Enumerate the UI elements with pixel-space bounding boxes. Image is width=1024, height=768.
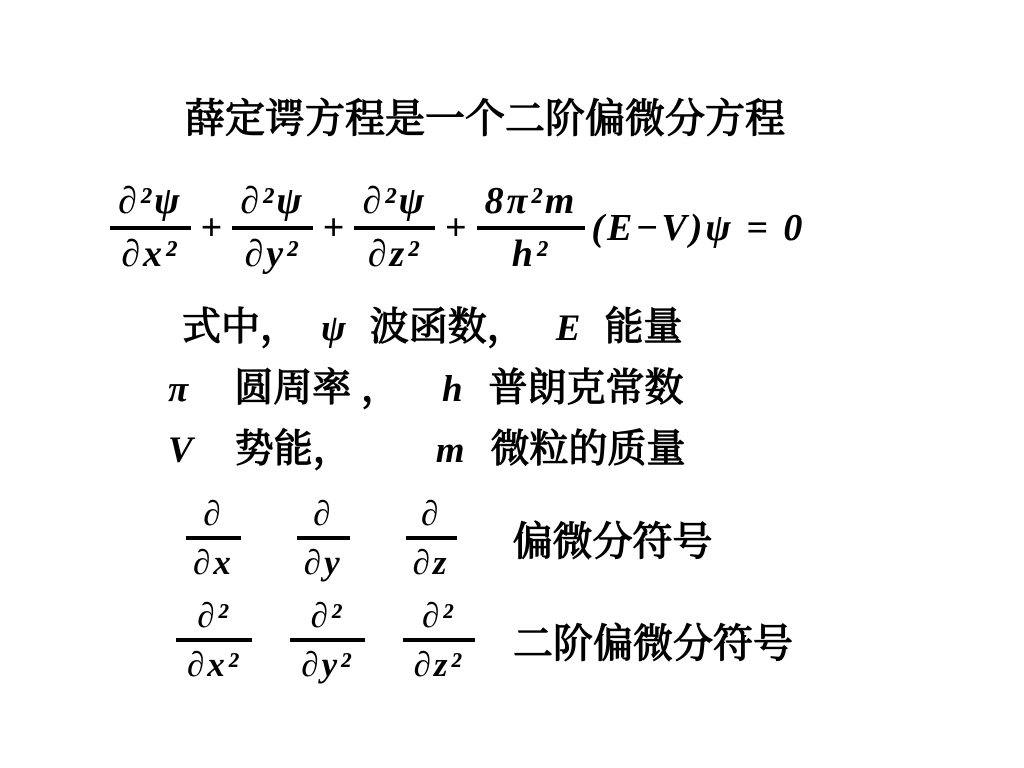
partial-fraction-dy: ∂ ∂y bbox=[297, 494, 350, 582]
eq-fraction-coefficient-denominator: h² bbox=[504, 233, 559, 276]
eq-fraction-z: ∂²ψ ∂z² bbox=[354, 180, 435, 275]
eq-fraction-x-denominator: ∂x² bbox=[113, 233, 187, 276]
eq-fraction-x: ∂²ψ ∂x² bbox=[110, 180, 191, 275]
symbol-h: h bbox=[442, 368, 463, 411]
plus-operator: + bbox=[445, 206, 467, 250]
fraction-bar bbox=[110, 226, 191, 230]
partial-fraction-dz: ∂ ∂z bbox=[406, 494, 457, 582]
eq-fraction-z-denominator: ∂z² bbox=[360, 233, 430, 276]
schrodinger-equation: ∂²ψ ∂x² + ∂²ψ ∂y² + ∂²ψ ∂z² + 8π²m h² (E… bbox=[110, 180, 805, 275]
equation-tail: (E−V)ψ = 0 bbox=[591, 206, 805, 250]
symbol-E: E bbox=[556, 307, 581, 350]
definition-line-pi-h: π 圆周率 ， h 普朗克常数 bbox=[168, 357, 686, 418]
symbol-m: m bbox=[436, 429, 465, 472]
fraction-bar bbox=[176, 638, 252, 642]
definition-text: 普朗克常数 bbox=[489, 357, 684, 413]
partial2-fraction-dz2: ∂² ∂z² bbox=[403, 596, 475, 684]
partial2-dy2-numerator: ∂² bbox=[300, 596, 356, 635]
fraction-bar bbox=[477, 226, 586, 230]
definition-text: 能量 bbox=[604, 296, 682, 352]
first-order-partials-row: ∂ ∂x ∂ ∂y ∂ ∂z 偏微分符号 bbox=[186, 494, 713, 582]
definition-text: 圆周率 ， bbox=[234, 357, 400, 413]
plus-operator: + bbox=[323, 206, 345, 250]
eq-fraction-coefficient-numerator: 8π²m bbox=[477, 180, 586, 223]
second-order-partials-label: 二阶偏微分符号 bbox=[513, 612, 793, 669]
partial-dy-numerator: ∂ bbox=[306, 494, 340, 533]
fraction-bar bbox=[354, 226, 435, 230]
definition-text: 微粒的质量 bbox=[490, 418, 685, 474]
partial-dz-denominator: ∂z bbox=[406, 543, 457, 582]
symbol-V: V bbox=[168, 429, 193, 472]
plus-operator: + bbox=[201, 206, 223, 250]
partial-dx-denominator: ∂x bbox=[186, 543, 241, 582]
definition-line-psi-E: 式中， ψ 波函数， E 能量 bbox=[168, 296, 686, 357]
definition-line-V-m: V 势能， m 微粒的质量 bbox=[168, 418, 686, 479]
second-order-partials-row: ∂² ∂x² ∂² ∂y² ∂² ∂z² 二阶偏微分符号 bbox=[176, 596, 793, 684]
definition-text: 势能， bbox=[235, 418, 352, 474]
eq-fraction-y-numerator: ∂²ψ bbox=[232, 180, 313, 223]
fraction-bar bbox=[297, 536, 350, 540]
fraction-bar bbox=[186, 536, 241, 540]
symbol-definitions: 式中， ψ 波函数， E 能量 π 圆周率 ， h 普朗克常数 V 势能， m … bbox=[168, 296, 686, 479]
definition-text: 波函数， bbox=[370, 296, 526, 352]
partial-fraction-dx: ∂ ∂x bbox=[186, 494, 241, 582]
partial2-dx2-numerator: ∂² bbox=[186, 596, 242, 635]
fraction-bar bbox=[406, 536, 457, 540]
eq-fraction-x-numerator: ∂²ψ bbox=[110, 180, 191, 223]
slide-title: 薛定谔方程是一个二阶偏微分方程 bbox=[185, 87, 785, 144]
partial2-dz2-denominator: ∂z² bbox=[403, 645, 475, 684]
partial2-dy2-denominator: ∂y² bbox=[290, 645, 364, 684]
eq-fraction-coefficient: 8π²m h² bbox=[477, 180, 586, 275]
partial-dy-denominator: ∂y bbox=[297, 543, 350, 582]
partial2-fraction-dx2: ∂² ∂x² bbox=[176, 596, 252, 684]
fraction-bar bbox=[232, 226, 313, 230]
symbol-pi: π bbox=[168, 368, 188, 411]
first-order-partials-label: 偏微分符号 bbox=[513, 510, 713, 567]
eq-fraction-y-denominator: ∂y² bbox=[236, 233, 308, 276]
slide: 薛定谔方程是一个二阶偏微分方程 ∂²ψ ∂x² + ∂²ψ ∂y² + ∂²ψ … bbox=[0, 0, 1024, 768]
fraction-bar bbox=[290, 638, 364, 642]
fraction-bar bbox=[403, 638, 475, 642]
partial2-dx2-denominator: ∂x² bbox=[176, 645, 252, 684]
eq-fraction-y: ∂²ψ ∂y² bbox=[232, 180, 313, 275]
definition-prefix: 式中， bbox=[182, 296, 299, 352]
partial-dx-numerator: ∂ bbox=[196, 494, 230, 533]
eq-fraction-z-numerator: ∂²ψ bbox=[354, 180, 435, 223]
partial2-dz2-numerator: ∂² bbox=[411, 596, 467, 635]
symbol-psi: ψ bbox=[321, 307, 346, 350]
partial2-fraction-dy2: ∂² ∂y² bbox=[290, 596, 364, 684]
partial-dz-numerator: ∂ bbox=[414, 494, 448, 533]
